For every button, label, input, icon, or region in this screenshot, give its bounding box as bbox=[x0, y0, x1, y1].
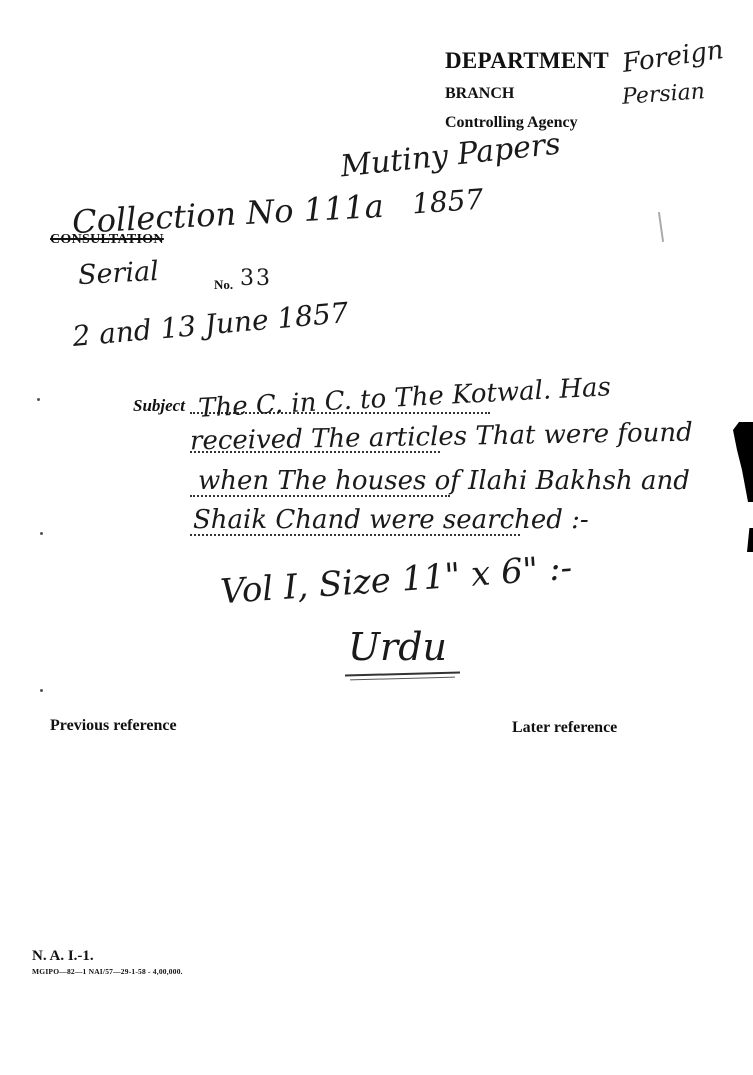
previous-reference-label: Previous reference bbox=[50, 717, 177, 735]
form-id: N. A. I.-1. bbox=[32, 948, 94, 965]
language: Urdu bbox=[348, 625, 447, 669]
scan-speck bbox=[40, 532, 43, 535]
serial-no-label: No. bbox=[214, 277, 233, 293]
language-underline bbox=[345, 671, 460, 676]
volume-size: Vol I, Size 11" x 6" :- bbox=[219, 548, 573, 612]
scan-speck bbox=[37, 398, 40, 401]
later-reference-label: Later reference bbox=[512, 719, 617, 737]
serial-number: 33 bbox=[240, 266, 272, 291]
subject-label: Subject bbox=[133, 396, 185, 416]
subject-line-3: when The houses of Ilahi Bakhsh and bbox=[198, 466, 690, 496]
torn-page-edge bbox=[747, 528, 753, 552]
department-value: Foreign bbox=[620, 35, 725, 79]
serial-label: Serial bbox=[77, 256, 159, 291]
subject-line-1: The C. in C. to The Kotwal. Has bbox=[197, 372, 611, 424]
department-label: DEPARTMENT bbox=[445, 48, 609, 74]
scan-speck bbox=[40, 689, 43, 692]
torn-page-edge bbox=[733, 422, 753, 502]
subject-line-2: received The articles That were found bbox=[190, 418, 693, 457]
language-underline bbox=[350, 677, 455, 681]
branch-label: BRANCH bbox=[445, 85, 514, 103]
consultation-date: 2 and 13 June 1857 bbox=[71, 296, 350, 353]
title-annotation: Mutiny Papers bbox=[339, 127, 562, 185]
consultation-label-struck: CONSULTATION bbox=[50, 232, 164, 248]
subject-line-4: Shaik Chand were searched :- bbox=[193, 505, 589, 535]
branch-value: Persian bbox=[621, 79, 706, 110]
printer-line: MGIPO—82—1 NAI/57—29-1-58 - 4,00,000. bbox=[32, 967, 183, 976]
title-annotation-year: 1857 bbox=[411, 183, 484, 221]
scan-mark bbox=[658, 212, 664, 242]
